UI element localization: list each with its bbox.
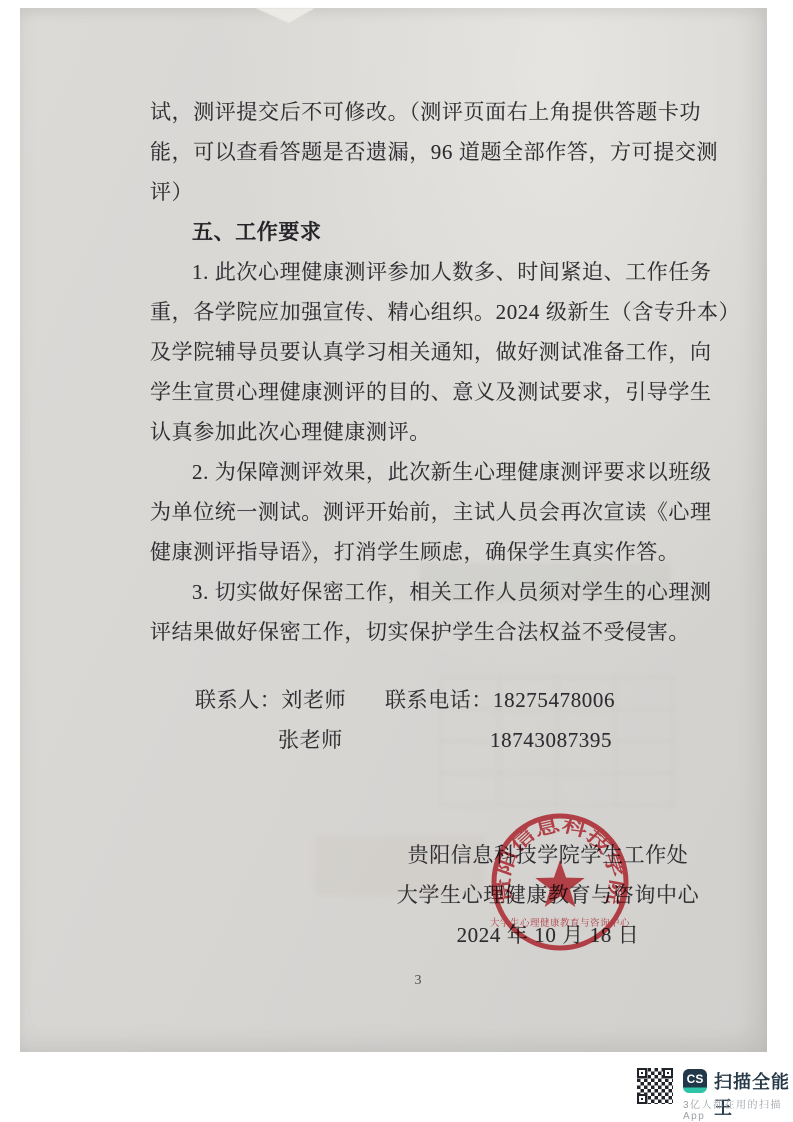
qr-finder-icon [663, 1068, 673, 1078]
seal-bottom-text: 大学生心理健康教育与咨询中心 [490, 917, 630, 929]
doc-line: 2. 为保障测评效果，此次新生心理健康测评要求以班级 [150, 452, 690, 492]
doc-line: 为单位统一测试。测评开始前，主试人员会再次宣读《心理 [150, 492, 690, 532]
page-number: 3 [408, 973, 428, 989]
contact-person: 张老师 [278, 720, 343, 760]
document-body: 试，测评提交后不可修改。（测评页面右上角提供答题卡功 能，可以查看答题是否遗漏，… [150, 92, 690, 652]
qr-finder-icon [637, 1068, 647, 1078]
scanned-page: 试，测评提交后不可修改。（测评页面右上角提供答题卡功 能，可以查看答题是否遗漏，… [20, 8, 767, 1052]
doc-line: 及学院辅导员要认真学习相关通知，做好测试准备工作，向 [150, 332, 690, 372]
qr-code-icon [637, 1068, 673, 1104]
qr-finder-icon [637, 1094, 647, 1104]
doc-line: 健康测评指导语》，打消学生顾虑，确保学生真实作答。 [150, 532, 690, 572]
contact-person: 联系人：刘老师 [195, 680, 346, 720]
doc-line: 能，可以查看答题是否遗漏，96 道题全部作答，方可提交测 [150, 132, 690, 172]
doc-line: 学生宣贯心理健康测评的目的、意义及测试要求，引导学生 [150, 372, 690, 412]
doc-line: 评） [150, 172, 690, 212]
paper-fold-corner [255, 8, 315, 23]
scanner-app-tagline: 3亿人都在用的扫描App [683, 1096, 793, 1122]
doc-line: 1. 此次心理健康测评参加人数多、时间紧迫、工作任务 [150, 252, 690, 292]
section-heading: 五、工作要求 [150, 212, 690, 252]
contact-phone: 18743087395 [490, 720, 612, 760]
seal-star-icon [535, 860, 584, 907]
scanner-app-footer: CS 扫描全能王 3亿人都在用的扫描App [0, 1052, 793, 1122]
doc-line: 评结果做好保密工作，切实保护学生合法权益不受侵害。 [150, 612, 690, 652]
official-seal-stamp: 贵阳信息科技学院 大学生心理健康教育与咨询中心 [475, 797, 645, 967]
contact-phone: 联系电话：18275478006 [385, 680, 615, 720]
doc-line: 试，测评提交后不可修改。（测评页面右上角提供答题卡功 [150, 92, 690, 132]
doc-line: 认真参加此次心理健康测评。 [150, 412, 690, 452]
contact-block: 联系人：刘老师 联系电话：18275478006 张老师 18743087395 [150, 680, 690, 760]
doc-line: 重，各学院应加强宣传、精心组织。2024 级新生（含专升本） [150, 292, 690, 332]
doc-line: 3. 切实做好保密工作，相关工作人员须对学生的心理测 [150, 572, 690, 612]
camscanner-logo-icon: CS [683, 1069, 707, 1093]
